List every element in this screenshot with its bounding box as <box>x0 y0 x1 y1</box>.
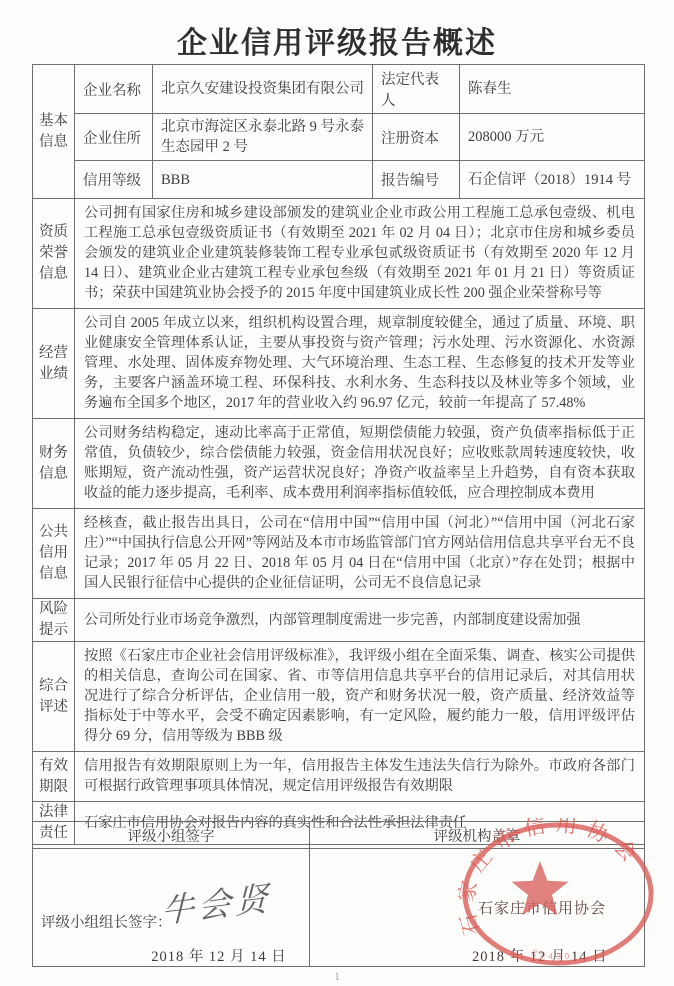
field-label-company-name: 企业名称 <box>75 65 153 113</box>
section-validity: 有效 期限 信用报告有效期限原则上为一年，信用报告主体发生违法失信行为除外。市政… <box>33 752 644 802</box>
field-value-legal-representative: 陈春生 <box>460 65 644 113</box>
table-row: 信用等级 BBB 报告编号 石企信评（2018）1914 号 <box>75 161 644 198</box>
section-performance: 经营 业绩 公司自 2005 年成立以来，组织机构设置合理，规章制度较健全，通过… <box>33 309 644 419</box>
section-label-performance: 经营 业绩 <box>33 309 75 418</box>
section-qualifications: 资质 荣誉 信息 公司拥有国家住房和城乡建设部颁发的建筑业企业市政公用工程施工总… <box>33 199 644 309</box>
team-signature-date: 2018 年 12 月 14 日 <box>128 945 310 966</box>
page-number: 1 <box>0 969 674 984</box>
agency-seal-header: 评级机构盖章 <box>310 822 644 848</box>
section-label-risk: 风险 提示 <box>33 599 75 641</box>
section-text-financial: 公司财务结构稳定，速动比率高于正常值，短期偿债能力较强，资产负债率指标低于正常值… <box>84 423 635 503</box>
section-text-risk: 公司所处行业市场竞争激烈，内部管理制度需进一步完善，内部制度建设需加强 <box>84 610 635 630</box>
section-label-financial: 财务 信息 <box>33 419 75 508</box>
field-label-registered-capital: 注册资本 <box>373 114 460 160</box>
section-label-basic-info: 基本 信息 <box>33 65 75 198</box>
section-text-public-credit: 经核查，截止报告出具日，公司在“信用中国”“信用中国（河北）”“信用中国（河北石… <box>84 513 635 593</box>
section-text-qualifications: 公司拥有国家住房和城乡建设部颁发的建筑业企业市政公用工程施工总承包壹级、机电工程… <box>84 203 635 303</box>
agency-name: 石家庄市信用协会 <box>478 897 606 918</box>
field-value-report-number: 石企信评（2018）1914 号 <box>460 161 644 198</box>
table-row: 企业住所 北京市海淀区永泰北路 9 号永泰生态园甲 2 号 注册资本 20800… <box>75 114 644 161</box>
credit-report-page: 企业信用评级报告概述 基本 信息 企业名称 北京久安建设投资集团有限公司 法定代… <box>0 0 674 986</box>
section-text-validity: 信用报告有效期限原则上为一年，信用报告主体发生违法失信行为除外。市政府各部门可根… <box>84 756 635 796</box>
section-text-review: 按照《石家庄市企业社会信用评级标准》，我评级小组在全面采集、调查、核实公司提供的… <box>84 646 635 746</box>
section-label-public-credit: 公共 信用 信息 <box>33 509 75 598</box>
agency-seal-cell: 石家庄市信用协会 2018 年 12 月 14 日 <box>310 849 644 966</box>
agency-seal-date: 2018 年 12 月 14 日 <box>472 945 608 966</box>
signature-table: 评级小组签字 评级机构盖章 评级小组组长签字： 牛会贤 2018 年 12 月 … <box>32 821 645 967</box>
field-label-legal-representative: 法定代表人 <box>373 65 460 113</box>
field-label-company-address: 企业住所 <box>75 114 153 160</box>
section-basic-info: 基本 信息 企业名称 北京久安建设投资集团有限公司 法定代表人 陈春生 企业住所… <box>33 65 644 199</box>
section-financial: 财务 信息 公司财务结构稳定，速动比率高于正常值，短期偿债能力较强，资产负债率指… <box>33 419 644 509</box>
leader-handwritten-signature: 牛会贤 <box>161 872 272 933</box>
section-label-validity: 有效 期限 <box>33 752 75 801</box>
report-table: 基本 信息 企业名称 北京久安建设投资集团有限公司 法定代表人 陈春生 企业住所… <box>32 64 645 845</box>
section-text-performance: 公司自 2005 年成立以来，组织机构设置合理，规章制度较健全，通过了质量、环境… <box>84 313 635 413</box>
page-title: 企业信用评级报告概述 <box>0 18 674 62</box>
team-signature-header: 评级小组签字 <box>33 822 310 848</box>
field-value-company-name: 北京久安建设投资集团有限公司 <box>153 65 373 113</box>
team-signature-cell: 评级小组组长签字： 牛会贤 2018 年 12 月 14 日 <box>33 849 310 966</box>
leader-signature-label: 评级小组组长签字： <box>41 911 172 932</box>
field-value-credit-rating: BBB <box>153 161 373 198</box>
table-row: 企业名称 北京久安建设投资集团有限公司 法定代表人 陈春生 <box>75 65 644 114</box>
section-public-credit: 公共 信用 信息 经核查，截止报告出具日，公司在“信用中国”“信用中国（河北）”… <box>33 509 644 599</box>
field-value-company-address: 北京市海淀区永泰北路 9 号永泰生态园甲 2 号 <box>153 114 373 160</box>
section-label-qualifications: 资质 荣誉 信息 <box>33 199 75 308</box>
field-label-credit-rating: 信用等级 <box>75 161 153 198</box>
section-review: 综合 评述 按照《石家庄市企业社会信用评级标准》，我评级小组在全面采集、调查、核… <box>33 642 644 752</box>
field-value-registered-capital: 208000 万元 <box>460 114 644 160</box>
section-label-review: 综合 评述 <box>33 642 75 751</box>
field-label-report-number: 报告编号 <box>373 161 460 198</box>
section-risk: 风险 提示 公司所处行业市场竞争激烈，内部管理制度需进一步完善，内部制度建设需加… <box>33 599 644 642</box>
